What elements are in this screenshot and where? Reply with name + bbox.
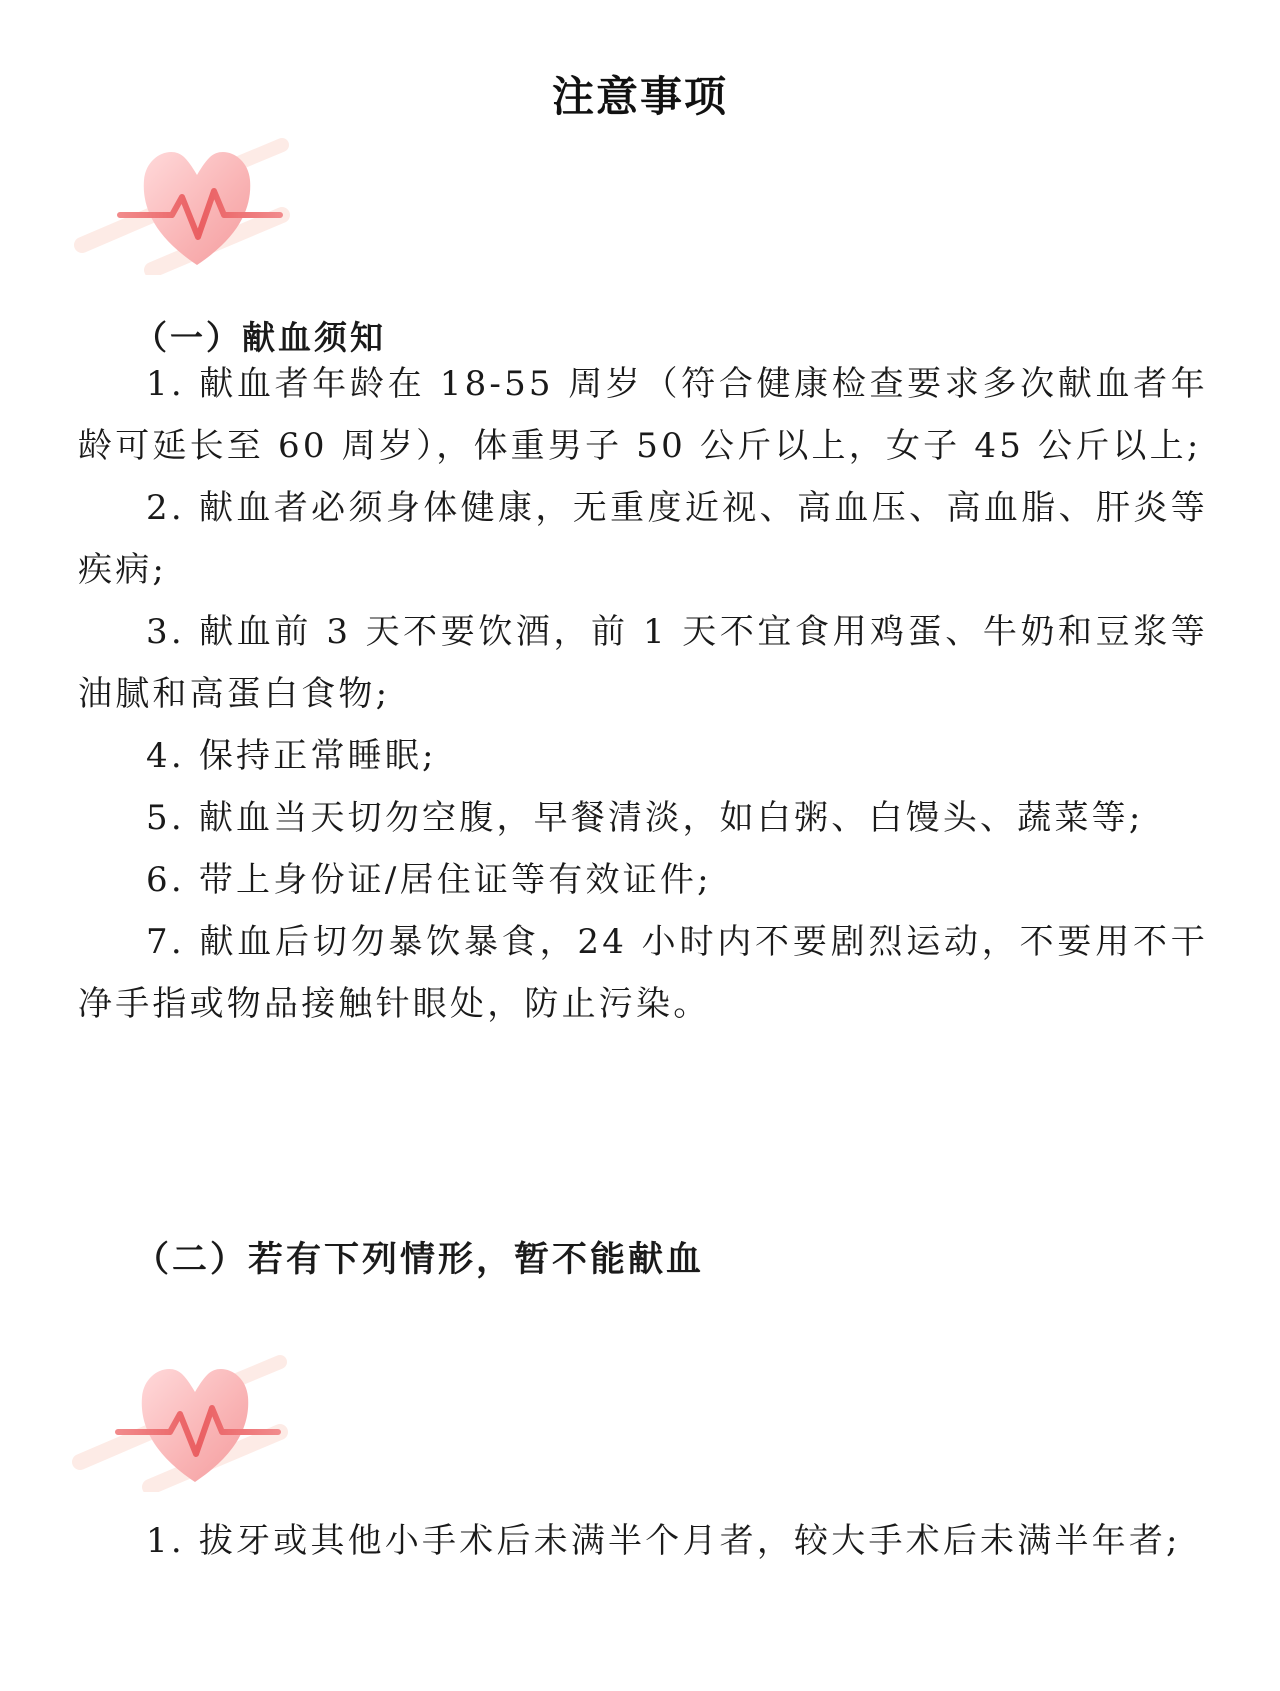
list-item: 6. 带上身份证/居住证等有效证件; [78,849,1208,911]
section-heading-donation-notice: （一）献血须知 [134,312,386,359]
deferral-conditions-list: 1. 拔牙或其他小手术后未满半个月者，较大手术后未满半年者; [78,1510,1208,1572]
donation-notice-list: 1. 献血者年龄在 18-55 周岁（符合健康检查要求多次献血者年龄可延长至 6… [78,353,1208,1035]
section-heading-deferral-conditions: （二）若有下列情形，暂不能献血 [134,1232,704,1282]
list-item: 4. 保持正常睡眠; [78,725,1208,787]
list-item: 1. 拔牙或其他小手术后未满半个月者，较大手术后未满半年者; [78,1510,1208,1572]
list-item: 5. 献血当天切勿空腹，早餐清淡，如白粥、白馒头、蔬菜等; [78,787,1208,849]
heart-pulse-icon [72,125,302,275]
list-item: 1. 献血者年龄在 18-55 周岁（符合健康检查要求多次献血者年龄可延长至 6… [78,353,1208,477]
heart-pulse-icon [70,1342,300,1492]
list-item: 3. 献血前 3 天不要饮酒，前 1 天不宜食用鸡蛋、牛奶和豆浆等油腻和高蛋白食… [78,601,1208,725]
list-item: 2. 献血者必须身体健康，无重度近视、高血压、高血脂、肝炎等疾病; [78,477,1208,601]
page-title: 注意事项 [0,64,1280,124]
list-item: 7. 献血后切勿暴饮暴食，24 小时内不要剧烈运动，不要用不干净手指或物品接触针… [78,911,1208,1035]
